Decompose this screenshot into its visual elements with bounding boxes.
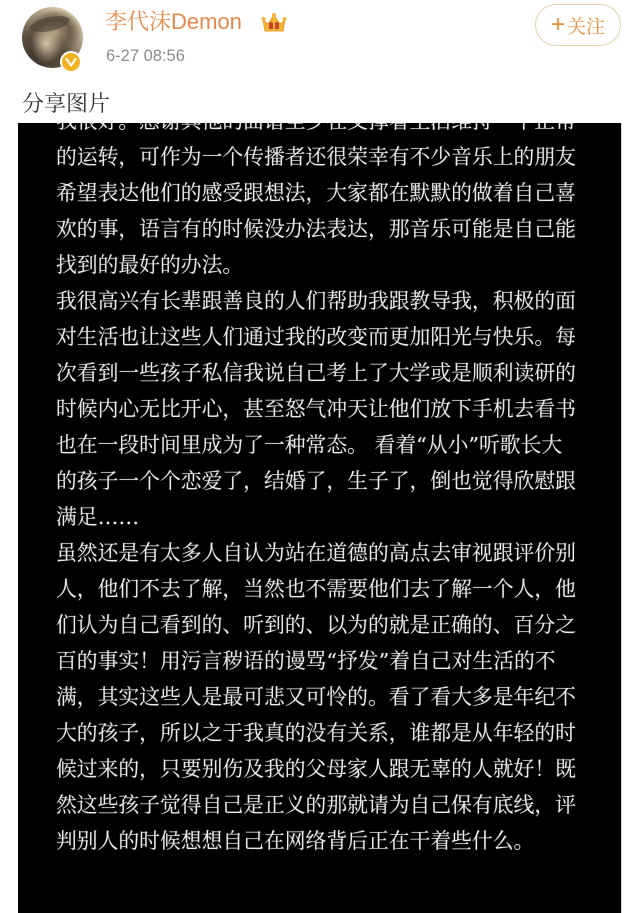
image-text-line: 判别人的时候想想自己在网络背后正在干着些什么。 [56, 823, 576, 859]
image-text-block: 我很好。感谢其他的曲谱至少在支撑着生活维持一个正常 的运转，可作为一个传播者还很… [56, 123, 576, 859]
image-text-line: 对生活也让这些人们通过我的改变而更加阳光与快乐。每 [56, 319, 576, 355]
image-text-line: 满，其实这些人是最可悲又可怜的。看了看大多是年纪不 [56, 679, 576, 715]
image-text-line: 我很好。感谢其他的曲谱至少在支撑着生活维持一个正常 [56, 123, 576, 139]
image-text-line: 满足…… [56, 499, 576, 535]
post-timestamp: 6-27 08:56 [106, 46, 185, 66]
image-text-line: 我很高兴有长辈跟善良的人们帮助我跟教导我，积极的面 [56, 283, 576, 319]
image-text-line: 虽然还是有太多人自认为站在道德的高点去审视跟评价别 [56, 535, 576, 571]
image-paragraph-1: 我很好。感谢其他的曲谱至少在支撑着生活维持一个正常 的运转，可作为一个传播者还很… [56, 123, 576, 283]
post-text: 分享图片 [22, 90, 110, 118]
follow-button-label: 关注 [567, 12, 605, 39]
follow-button[interactable]: + 关注 [535, 4, 621, 46]
post-header: 李代沫Demon 6-27 08:56 + 关注 分享图片 [0, 0, 640, 122]
image-text-line: 人，他们不去了解，当然也不需要他们去了解一个人，他 [56, 571, 576, 607]
image-text-line: 也在一段时间里成为了一种常态。 看着“从小”听歌长大 [56, 427, 576, 463]
avatar-photo-icon [29, 13, 71, 35]
image-text-line: 欢的事，语言有的时候没办法表达，那音乐可能是自己能 [56, 211, 576, 247]
image-text-line: 时候内心无比开心，甚至怒气冲天让他们放下手机去看书 [56, 391, 576, 427]
image-text-line: 的孩子一个个恋爱了，结婚了，生子了，倒也觉得欣慰跟 [56, 463, 576, 499]
image-text-line: 希望表达他们的感受跟想法，大家都在默默的做着自己喜 [56, 175, 576, 211]
author-name[interactable]: 李代沫Demon [105, 8, 242, 36]
plus-icon: + [551, 13, 565, 37]
image-paragraph-2: 我很高兴有长辈跟善良的人们帮助我跟教导我，积极的面 对生活也让这些人们通过我的改… [56, 283, 576, 535]
crown-icon[interactable] [261, 12, 287, 34]
post-image[interactable]: 我很好。感谢其他的曲谱至少在支撑着生活维持一个正常 的运转，可作为一个传播者还很… [18, 123, 622, 913]
image-text-line: 们认为自己看到的、听到的、以为的就是正确的、百分之 [56, 607, 576, 643]
image-text-line: 百的事实！用污言秽语的谩骂“抒发”着自己对生活的不 [56, 643, 576, 679]
verified-v-icon [60, 51, 82, 73]
image-text-line: 然这些孩子觉得自己是正义的那就请为自己保有底线，评 [56, 787, 576, 823]
image-text-line: 候过来的，只要别伤及我的父母家人跟无辜的人就好！既 [56, 751, 576, 787]
image-text-line: 大的孩子，所以之于我真的没有关系，谁都是从年轻的时 [56, 715, 576, 751]
image-paragraph-3: 虽然还是有太多人自认为站在道德的高点去审视跟评价别 人，他们不去了解，当然也不需… [56, 535, 576, 859]
image-text-line: 次看到一些孩子私信我说自己考上了大学或是顺利读研的 [56, 355, 576, 391]
image-text-line: 找到的最好的办法。 [56, 247, 576, 283]
image-text-line: 的运转，可作为一个传播者还很荣幸有不少音乐上的朋友 [56, 139, 576, 175]
